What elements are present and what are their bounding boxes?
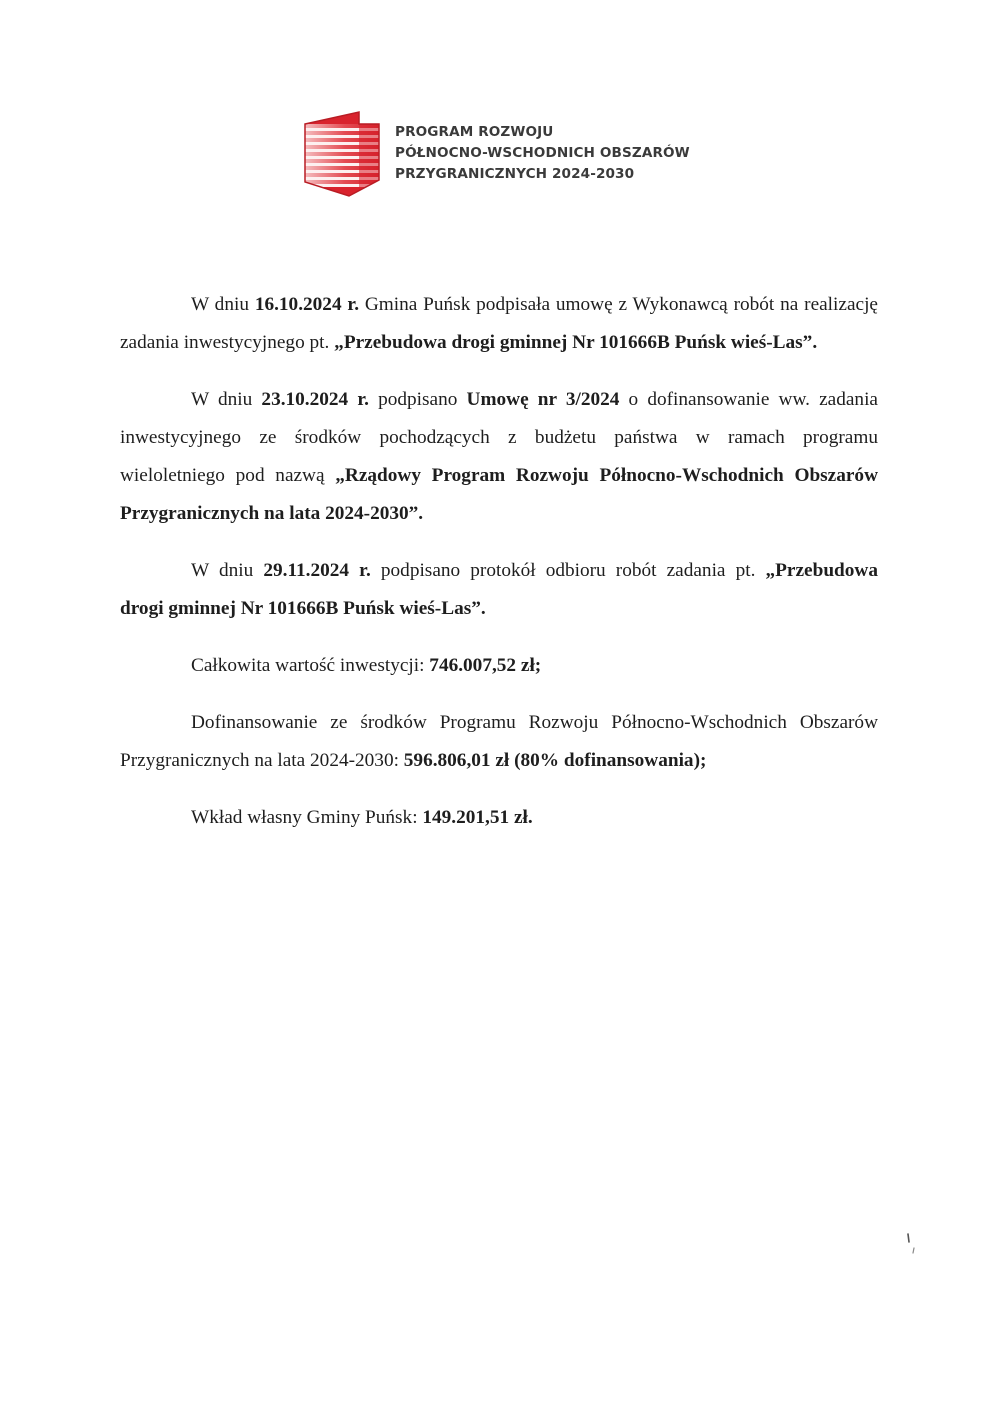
grant-amount: 596.806,01 zł (80% dofinansowania); (404, 750, 707, 771)
paragraph-funding-agreement: W dniu 23.10.2024 r. podpisano Umowę nr … (120, 381, 878, 533)
program-logo: PROGRAM ROZWOJU PÓŁNOCNO-WSCHODNICH OBSZ… (301, 110, 721, 200)
total-value: 746.007,52 zł; (429, 655, 541, 676)
paragraph-contract-signing: W dniu 16.10.2024 r. Gmina Puńsk podpisa… (120, 286, 878, 362)
project-title: „Przebudowa drogi gminnej Nr 101666B Puń… (334, 332, 817, 353)
contract-date: 16.10.2024 r. (255, 294, 359, 315)
own-contribution: 149.201,51 zł. (422, 807, 532, 828)
logo-line-1: PROGRAM ROZWOJU (395, 122, 690, 143)
striped-shield-icon (301, 110, 381, 198)
paragraph-acceptance-protocol: W dniu 29.11.2024 r. podpisano protokół … (120, 552, 878, 628)
logo-line-2: PÓŁNOCNO-WSCHODNICH OBSZARÓW (395, 143, 690, 164)
program-logo-text: PROGRAM ROZWOJU PÓŁNOCNO-WSCHODNICH OBSZ… (395, 122, 690, 185)
paragraph-own-contribution: Wkład własny Gminy Puńsk: 149.201,51 zł. (120, 799, 878, 837)
project-title-repeat: drogi gminnej Nr 101666B Puńsk wieś-Las”… (120, 598, 486, 619)
paragraph-grant: Dofinansowanie ze środków Programu Rozwo… (120, 704, 878, 780)
program-name-cont: Przygranicznych na lata 2024-2030”. (120, 503, 423, 524)
agreement-date: 23.10.2024 r. (261, 389, 369, 410)
logo-line-3: PRZYGRANICZNYCH 2024-2030 (395, 164, 690, 185)
program-name: „Rządowy Program Rozwoju Północno-Wschod… (335, 465, 878, 486)
document-body: W dniu 16.10.2024 r. Gmina Puńsk podpisa… (120, 286, 878, 856)
scan-artifact-mark (904, 1232, 918, 1256)
acceptance-date: 29.11.2024 r. (263, 560, 370, 581)
agreement-number: Umowę nr 3/2024 (467, 389, 620, 410)
paragraph-total-value: Całkowita wartość inwestycji: 746.007,52… (120, 647, 878, 685)
